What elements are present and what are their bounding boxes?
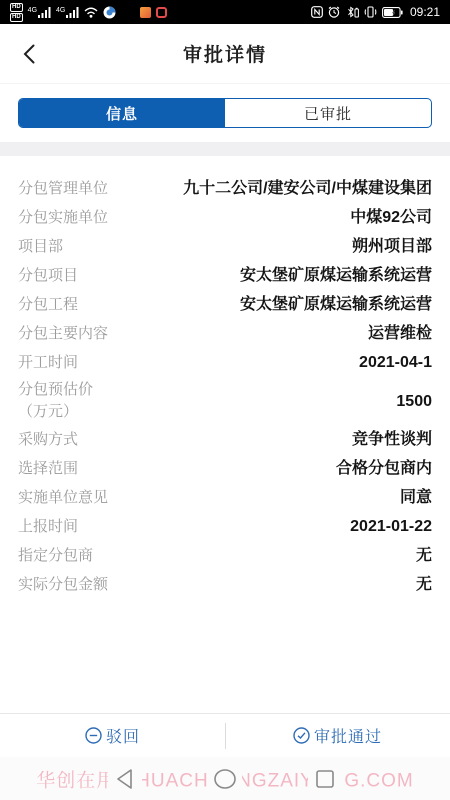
nav-home-icon[interactable] [208, 762, 242, 796]
approve-button[interactable]: 审批通过 [225, 714, 450, 757]
network-type-label: 4G [28, 7, 37, 14]
tab-info[interactable]: 信息 [19, 99, 225, 127]
field-value: 合格分包商内 [336, 456, 432, 481]
field-row: 分包工程安太堡矿原煤运输系统运营 [18, 290, 432, 319]
status-bar-right: 09:21 [311, 5, 440, 19]
field-row: 分包项目安太堡矿原煤运输系统运营 [18, 261, 432, 290]
chevron-left-icon [23, 44, 35, 64]
page-title: 审批详情 [183, 40, 267, 67]
field-label: 分包管理单位 [18, 178, 108, 200]
field-row: 分包预估价（万元）1500 [18, 377, 432, 425]
approve-button-label: 审批通过 [314, 724, 382, 747]
android-nav-bar: 华创在用 · HUACHUANGZAIYONG.COM [0, 757, 450, 800]
field-value: 无 [416, 543, 432, 568]
field-row: 实施单位意见同意 [18, 483, 432, 512]
field-value: 2021-04-1 [359, 350, 432, 375]
hd-badge-2: HD [10, 13, 23, 22]
field-row: 分包实施单位中煤92公司 [18, 203, 432, 232]
footer-action-bar: 驳回 审批通过 [0, 713, 450, 757]
status-bar: HD HD 4G 4G [0, 0, 450, 24]
field-label: 选择范围 [18, 458, 78, 480]
field-row: 上报时间2021-01-22 [18, 512, 432, 541]
clock-time: 09:21 [410, 5, 440, 19]
field-value: 同意 [400, 485, 432, 510]
field-value: 1500 [396, 389, 432, 414]
field-label: 项目部 [18, 236, 63, 258]
alarm-icon [328, 6, 340, 18]
field-value: 运营维检 [368, 321, 432, 346]
browser-icon [103, 6, 116, 19]
field-label: 分包工程 [18, 294, 78, 316]
field-row: 指定分包商无 [18, 541, 432, 570]
reject-button-label: 驳回 [106, 724, 140, 747]
field-label: 分包实施单位 [18, 207, 108, 229]
field-label: 开工时间 [18, 352, 78, 374]
field-value: 安太堡矿原煤运输系统运营 [240, 263, 432, 288]
field-value: 中煤92公司 [350, 205, 432, 230]
field-label: 实际分包金额 [18, 574, 108, 596]
nfc-icon [311, 6, 323, 18]
signal-icon-sim1: 4G [28, 7, 51, 18]
minus-circle-icon [85, 727, 102, 744]
red-square-app-icon [156, 7, 167, 18]
tabs-section: 信息 已审批 [0, 84, 450, 142]
field-value: 2021-01-22 [350, 514, 432, 539]
footer-divider [225, 723, 226, 749]
status-bar-left: HD HD 4G 4G [10, 3, 167, 22]
check-circle-icon [293, 727, 310, 744]
tab-control: 信息 已审批 [18, 98, 432, 128]
hd-icon: HD HD [10, 3, 23, 22]
field-label: 分包主要内容 [18, 323, 108, 345]
field-row: 分包管理单位九十二公司/建安公司/中煤建设集团 [18, 174, 432, 203]
nav-recents-icon[interactable] [308, 762, 342, 796]
field-list: 分包管理单位九十二公司/建安公司/中煤建设集团分包实施单位中煤92公司项目部朔州… [0, 156, 450, 713]
reject-button[interactable]: 驳回 [0, 714, 225, 757]
network-type-label: 4G [56, 7, 65, 14]
nav-back-icon[interactable] [108, 762, 142, 796]
wifi-icon [84, 7, 98, 18]
gallery-app-icon [140, 7, 151, 18]
field-label: 分包项目 [18, 265, 78, 287]
section-divider [0, 142, 450, 156]
bluetooth-battery-icon [345, 6, 359, 18]
field-value: 朔州项目部 [352, 234, 432, 259]
field-row: 项目部朔州项目部 [18, 232, 432, 261]
signal-icon-sim2: 4G [56, 7, 79, 18]
vibrate-icon [364, 6, 377, 18]
back-button[interactable] [14, 39, 44, 69]
hd-badge-1: HD [10, 3, 23, 12]
field-label: 分包预估价（万元） [18, 379, 114, 423]
field-row: 分包主要内容运营维检 [18, 319, 432, 348]
field-label: 上报时间 [18, 516, 78, 538]
field-label: 指定分包商 [18, 545, 93, 567]
field-row: 选择范围合格分包商内 [18, 454, 432, 483]
field-row: 采购方式竞争性谈判 [18, 425, 432, 454]
field-value: 无 [416, 572, 432, 597]
field-label: 采购方式 [18, 429, 78, 451]
field-value: 安太堡矿原煤运输系统运营 [240, 292, 432, 317]
field-label: 实施单位意见 [18, 487, 108, 509]
field-row: 开工时间2021-04-1 [18, 348, 432, 377]
battery-icon [382, 7, 403, 18]
field-value: 竞争性谈判 [352, 427, 432, 452]
field-row: 实际分包金额无 [18, 570, 432, 599]
field-value: 九十二公司/建安公司/中煤建设集团 [183, 176, 432, 201]
tab-approved[interactable]: 已审批 [225, 99, 431, 127]
header: 审批详情 [0, 24, 450, 84]
